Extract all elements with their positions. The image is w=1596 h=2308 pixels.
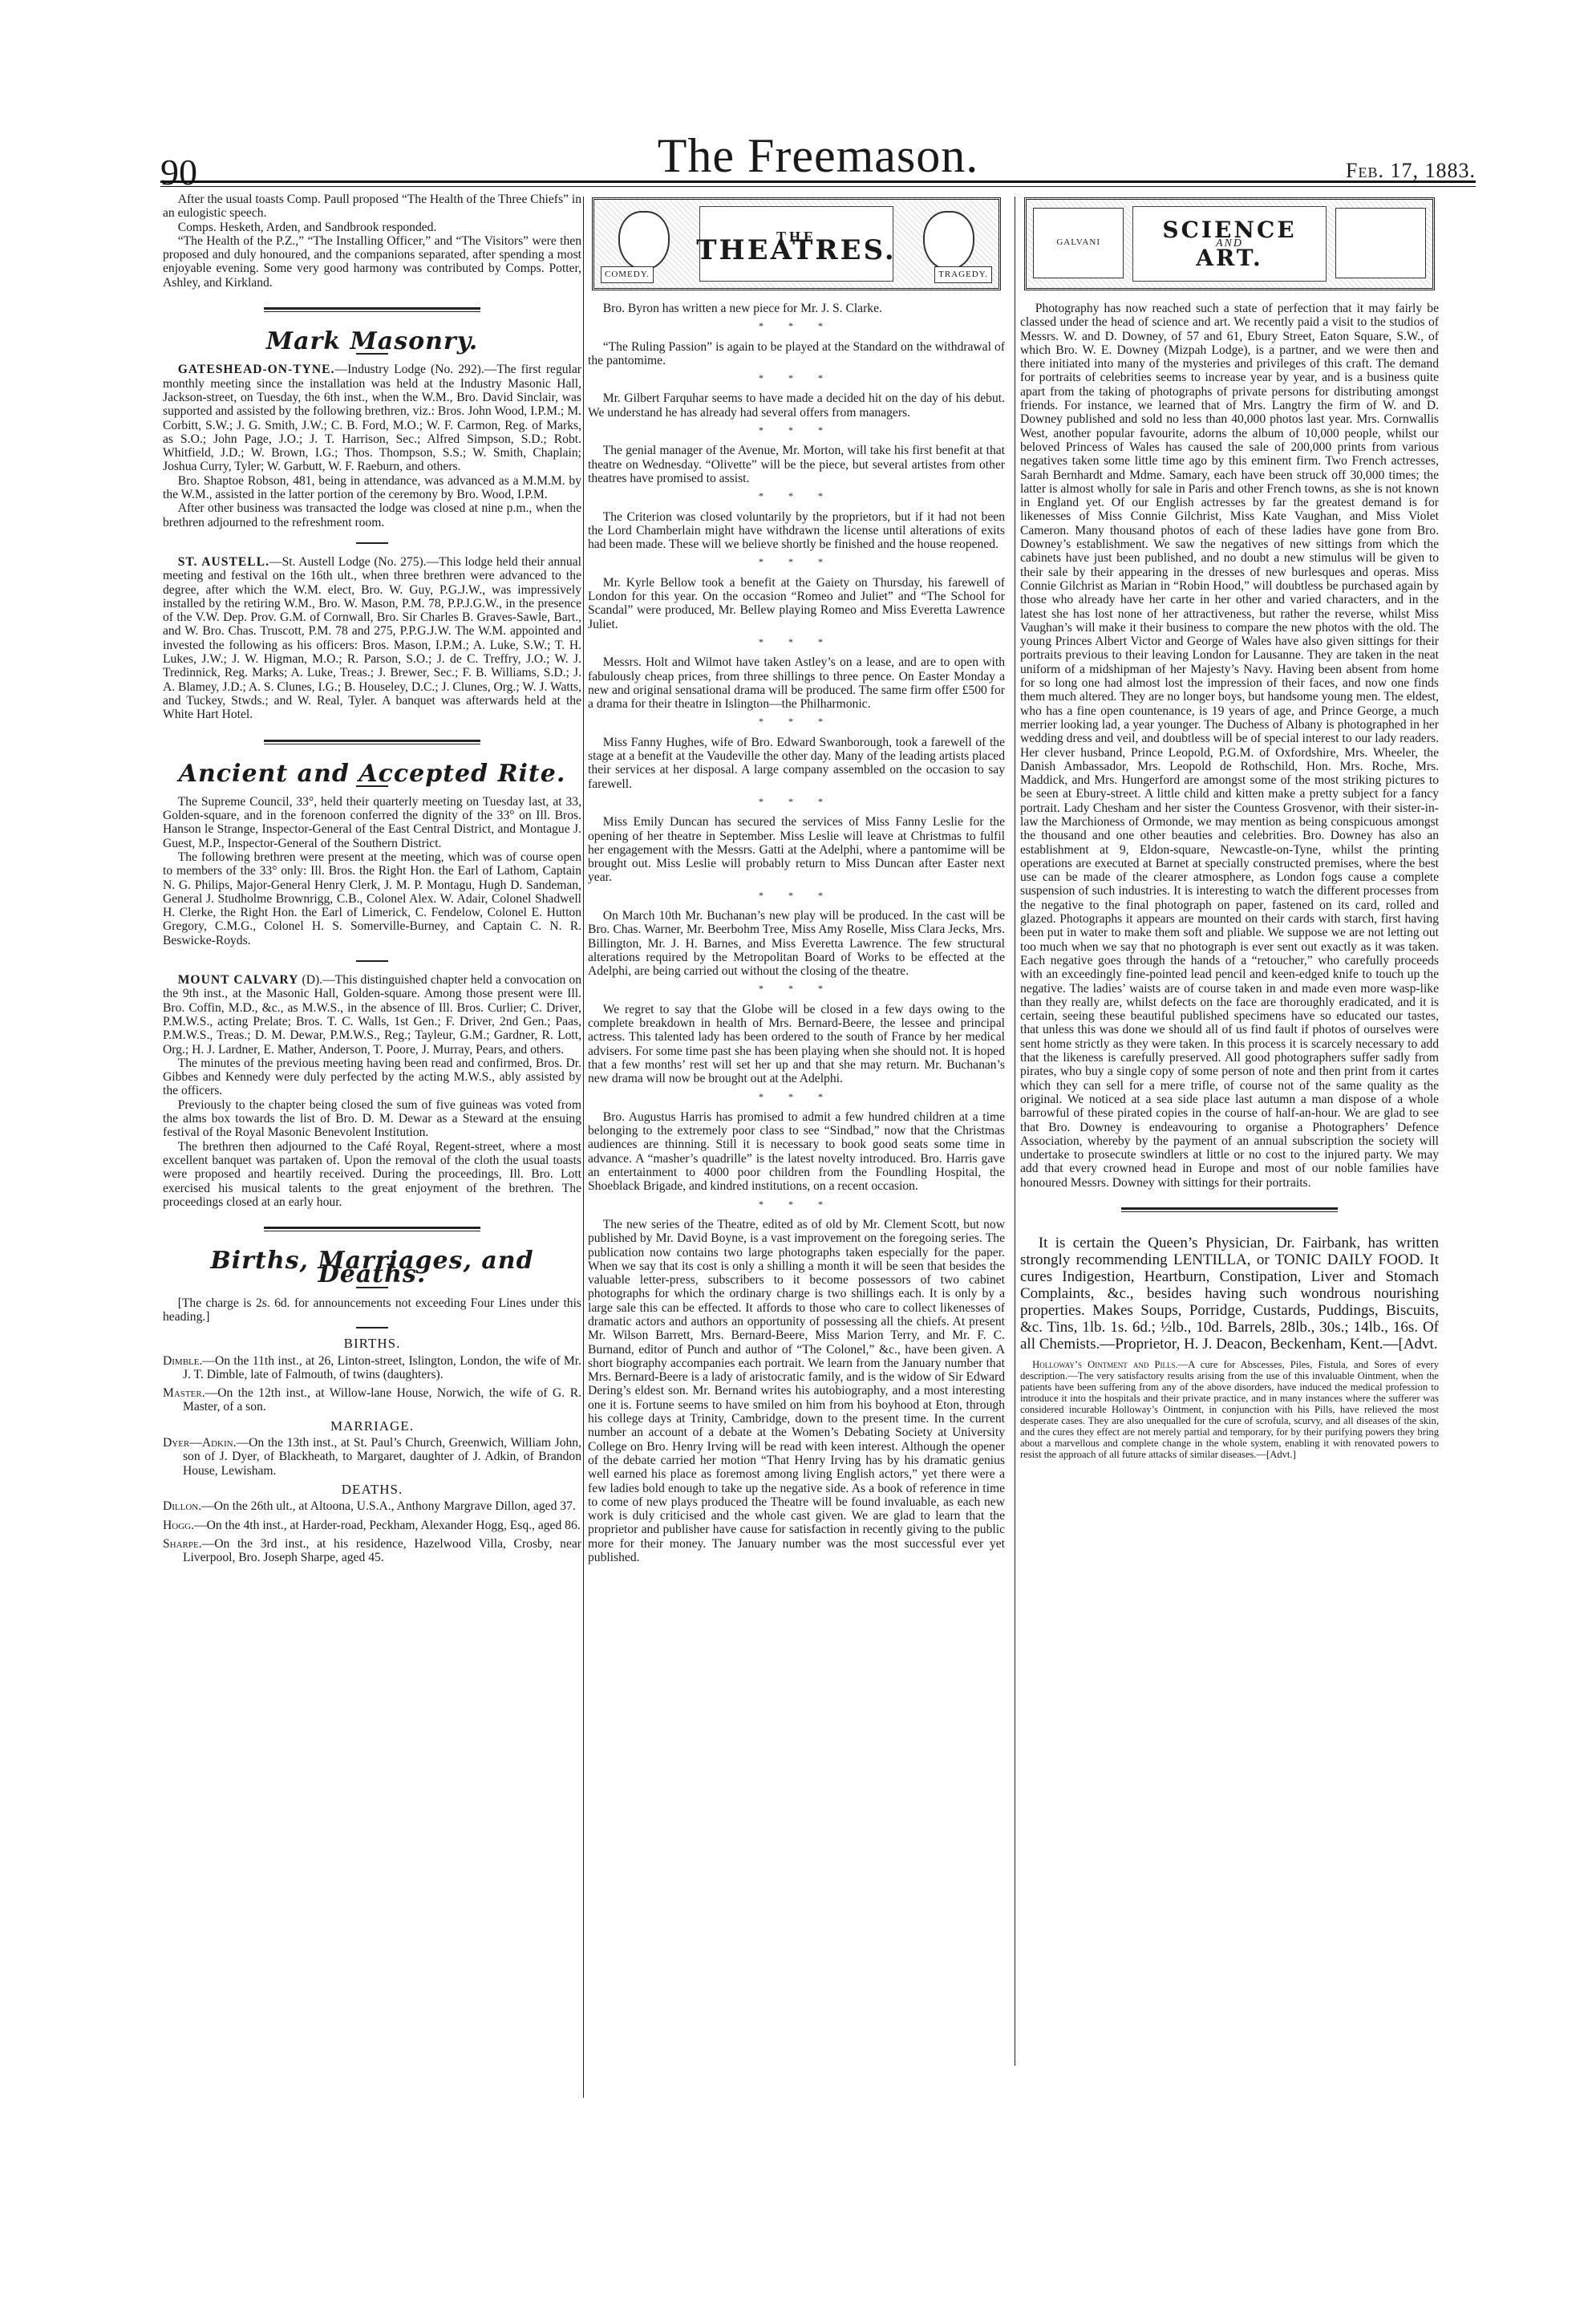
comedy-label: COMEDY. — [601, 266, 654, 283]
section-title-mark-masonry: Mark Masonry. — [163, 335, 581, 348]
asterism-separator: * * * — [588, 982, 1005, 996]
notice-text: —On the 4th inst., at Harder-road, Peckh… — [194, 1519, 581, 1532]
notice-name: Sharpe. — [163, 1537, 202, 1551]
section-divider — [264, 1227, 480, 1231]
tragedy-mask-icon — [923, 211, 974, 270]
paragraph: “The Health of the P.Z.,” “The Installin… — [163, 234, 581, 290]
theatre-item: Miss Emily Duncan has secured the servic… — [588, 815, 1005, 884]
asterism-separator: * * * — [588, 635, 1005, 649]
science-art-banner: GALVANI SCIENCE AND ART. — [1024, 197, 1435, 290]
section-title-ancient-rite: Ancient and Accepted Rite. — [163, 767, 581, 781]
section-divider — [1121, 1207, 1338, 1212]
paragraph: The minutes of the previous meeting havi… — [163, 1057, 581, 1098]
notice-text: —On the 11th inst., at 26, Linton-street… — [183, 1354, 581, 1381]
report-lead: GATESHEAD-ON-TYNE. — [178, 363, 335, 376]
advertisement-text: —A cure for Abscesses, Piles, Fistula, a… — [1020, 1359, 1439, 1460]
header-rule — [160, 181, 1476, 187]
marriage-heading: MARRIAGE. — [163, 1419, 581, 1433]
theatre-item: Mr. Kyrle Bellow took a benefit at the G… — [588, 576, 1005, 631]
asterism-separator: * * * — [588, 715, 1005, 728]
paragraph: After the usual toasts Comp. Paull propo… — [163, 193, 581, 221]
advertisement-lead: Holloway’s Ointment and Pills. — [1032, 1359, 1178, 1370]
column-divider — [1015, 197, 1015, 2066]
notice-name: Master. — [163, 1386, 205, 1400]
left-column: After the usual toasts Comp. Paull propo… — [163, 193, 581, 1569]
asterism-separator: * * * — [588, 555, 1005, 569]
galvani-label: GALVANI — [1056, 236, 1100, 249]
banner-title: THEATRES. — [696, 244, 897, 258]
theatre-item: On March 10th Mr. Buchanan’s new play wi… — [588, 909, 1005, 978]
report-text: —Industry Lodge (No. 292).—The first reg… — [163, 363, 581, 473]
short-rule — [356, 542, 388, 544]
advertisement-lentilla: It is certain the Queen’s Physician, Dr.… — [1020, 1235, 1439, 1353]
banner-title: SCIENCE — [1162, 223, 1296, 237]
notice-text: —On the 12th inst., at Willow-lane House… — [183, 1386, 581, 1414]
deaths-heading: DEATHS. — [163, 1483, 581, 1496]
paragraph: The following brethren were present at t… — [163, 850, 581, 947]
page-header: 90 The Freemason. Feb. 17, 1883. — [160, 120, 1476, 185]
section-divider — [264, 740, 480, 744]
banner-title-2: ART. — [1196, 251, 1262, 265]
masthead-title: The Freemason. — [160, 128, 1476, 184]
asterism-separator: * * * — [588, 319, 1005, 333]
short-rule — [356, 960, 388, 962]
death-notice: Hogg.—On the 4th inst., at Harder-road, … — [163, 1519, 581, 1532]
report-lead: MOUNT CALVARY — [178, 973, 299, 987]
tragedy-label: TRAGEDY. — [934, 266, 992, 283]
theatre-item: The genial manager of the Avenue, Mr. Mo… — [588, 444, 1005, 485]
theatre-item: We regret to say that the Globe will be … — [588, 1003, 1005, 1086]
theatre-item: Bro. Augustus Harris has promised to adm… — [588, 1110, 1005, 1194]
theatres-banner: THE THEATRES. COMEDY. TRAGEDY. — [592, 197, 1001, 290]
theatre-item: Mr. Gilbert Farquhar seems to have made … — [588, 391, 1005, 420]
theatre-item: Miss Fanny Hughes, wife of Bro. Edward S… — [588, 736, 1005, 791]
advertisement-holloway: Holloway’s Ointment and Pills.—A cure fo… — [1020, 1359, 1439, 1460]
scientific-instruments-icon: GALVANI — [1033, 208, 1124, 278]
science-article: Photography has now reached such a state… — [1020, 302, 1439, 1190]
asterism-separator: * * * — [588, 424, 1005, 437]
theatre-item: The new series of the Theatre, edited as… — [588, 1218, 1005, 1564]
issue-date: Feb. 17, 1883. — [1346, 159, 1476, 183]
theatre-item: The Criterion was closed voluntarily by … — [588, 510, 1005, 552]
report-mount-calvary: MOUNT CALVARY (D).—This distinguished ch… — [163, 973, 581, 1057]
section-title-bmd: Births, Marriages, and Deaths. — [163, 1254, 581, 1282]
asterism-separator: * * * — [588, 371, 1005, 385]
theatre-item: Bro. Byron has written a new piece for M… — [588, 302, 1005, 315]
middle-column: THE THEATRES. COMEDY. TRAGEDY. Bro. Byro… — [588, 193, 1005, 1564]
theatre-item: Messrs. Holt and Wilmot have taken Astle… — [588, 655, 1005, 711]
asterism-separator: * * * — [588, 1198, 1005, 1211]
death-notice: Sharpe.—On the 3rd inst., at his residen… — [163, 1537, 581, 1565]
paragraph: Previously to the chapter being closed t… — [163, 1098, 581, 1140]
notice-name: Dillon. — [163, 1499, 201, 1513]
notice-text: —On the 13th inst., at St. Paul’s Church… — [183, 1436, 581, 1478]
banner-curtain: THE THEATRES. — [699, 206, 893, 282]
paragraph: The brethren then adjourned to the Café … — [163, 1140, 581, 1209]
paragraph: Comps. Hesketh, Arden, and Sandbrook res… — [163, 221, 581, 234]
notice-name: Dimble. — [163, 1354, 202, 1368]
notice-text: —On the 3rd inst., at his residence, Haz… — [183, 1537, 581, 1564]
paragraph: Bro. Shaptoe Robson, 481, being in atten… — [163, 474, 581, 502]
banner-scroll: SCIENCE AND ART. — [1132, 206, 1327, 282]
report-text: —St. Austell Lodge (No. 275).—This lodge… — [163, 555, 581, 721]
report-lead: ST. AUSTELL. — [178, 555, 269, 569]
comedy-mask-icon — [618, 211, 670, 270]
report-st-austell: ST. AUSTELL.—St. Austell Lodge (No. 275)… — [163, 555, 581, 722]
paragraph: The Supreme Council, 33°, held their qua… — [163, 795, 581, 850]
column-divider — [583, 197, 584, 2098]
births-heading: BIRTHS. — [163, 1337, 581, 1350]
notice-name: Dyer—Adkin. — [163, 1436, 237, 1450]
notice-text: —On the 26th ult., at Altoona, U.S.A., A… — [201, 1499, 576, 1513]
charge-note: [The charge is 2s. 6d. for announcements… — [163, 1296, 581, 1324]
short-rule — [356, 1327, 388, 1328]
asterism-separator: * * * — [588, 1090, 1005, 1104]
paragraph: After other business was transacted the … — [163, 501, 581, 529]
artist-palette-icon — [1335, 208, 1426, 278]
birth-notice: Master.—On the 12th inst., at Willow-lan… — [163, 1386, 581, 1414]
notice-name: Hogg. — [163, 1519, 194, 1532]
theatre-item: “The Ruling Passion” is again to be play… — [588, 340, 1005, 368]
death-notice: Dillon.—On the 26th ult., at Altoona, U.… — [163, 1499, 581, 1513]
right-column: GALVANI SCIENCE AND ART. Photography has… — [1020, 193, 1439, 1460]
section-divider — [264, 307, 480, 312]
asterism-separator: * * * — [588, 489, 1005, 503]
report-gateshead: GATESHEAD-ON-TYNE.—Industry Lodge (No. 2… — [163, 363, 581, 473]
marriage-notice: Dyer—Adkin.—On the 13th inst., at St. Pa… — [163, 1436, 581, 1478]
birth-notice: Dimble.—On the 11th inst., at 26, Linton… — [163, 1354, 581, 1382]
asterism-separator: * * * — [588, 889, 1005, 903]
asterism-separator: * * * — [588, 795, 1005, 809]
